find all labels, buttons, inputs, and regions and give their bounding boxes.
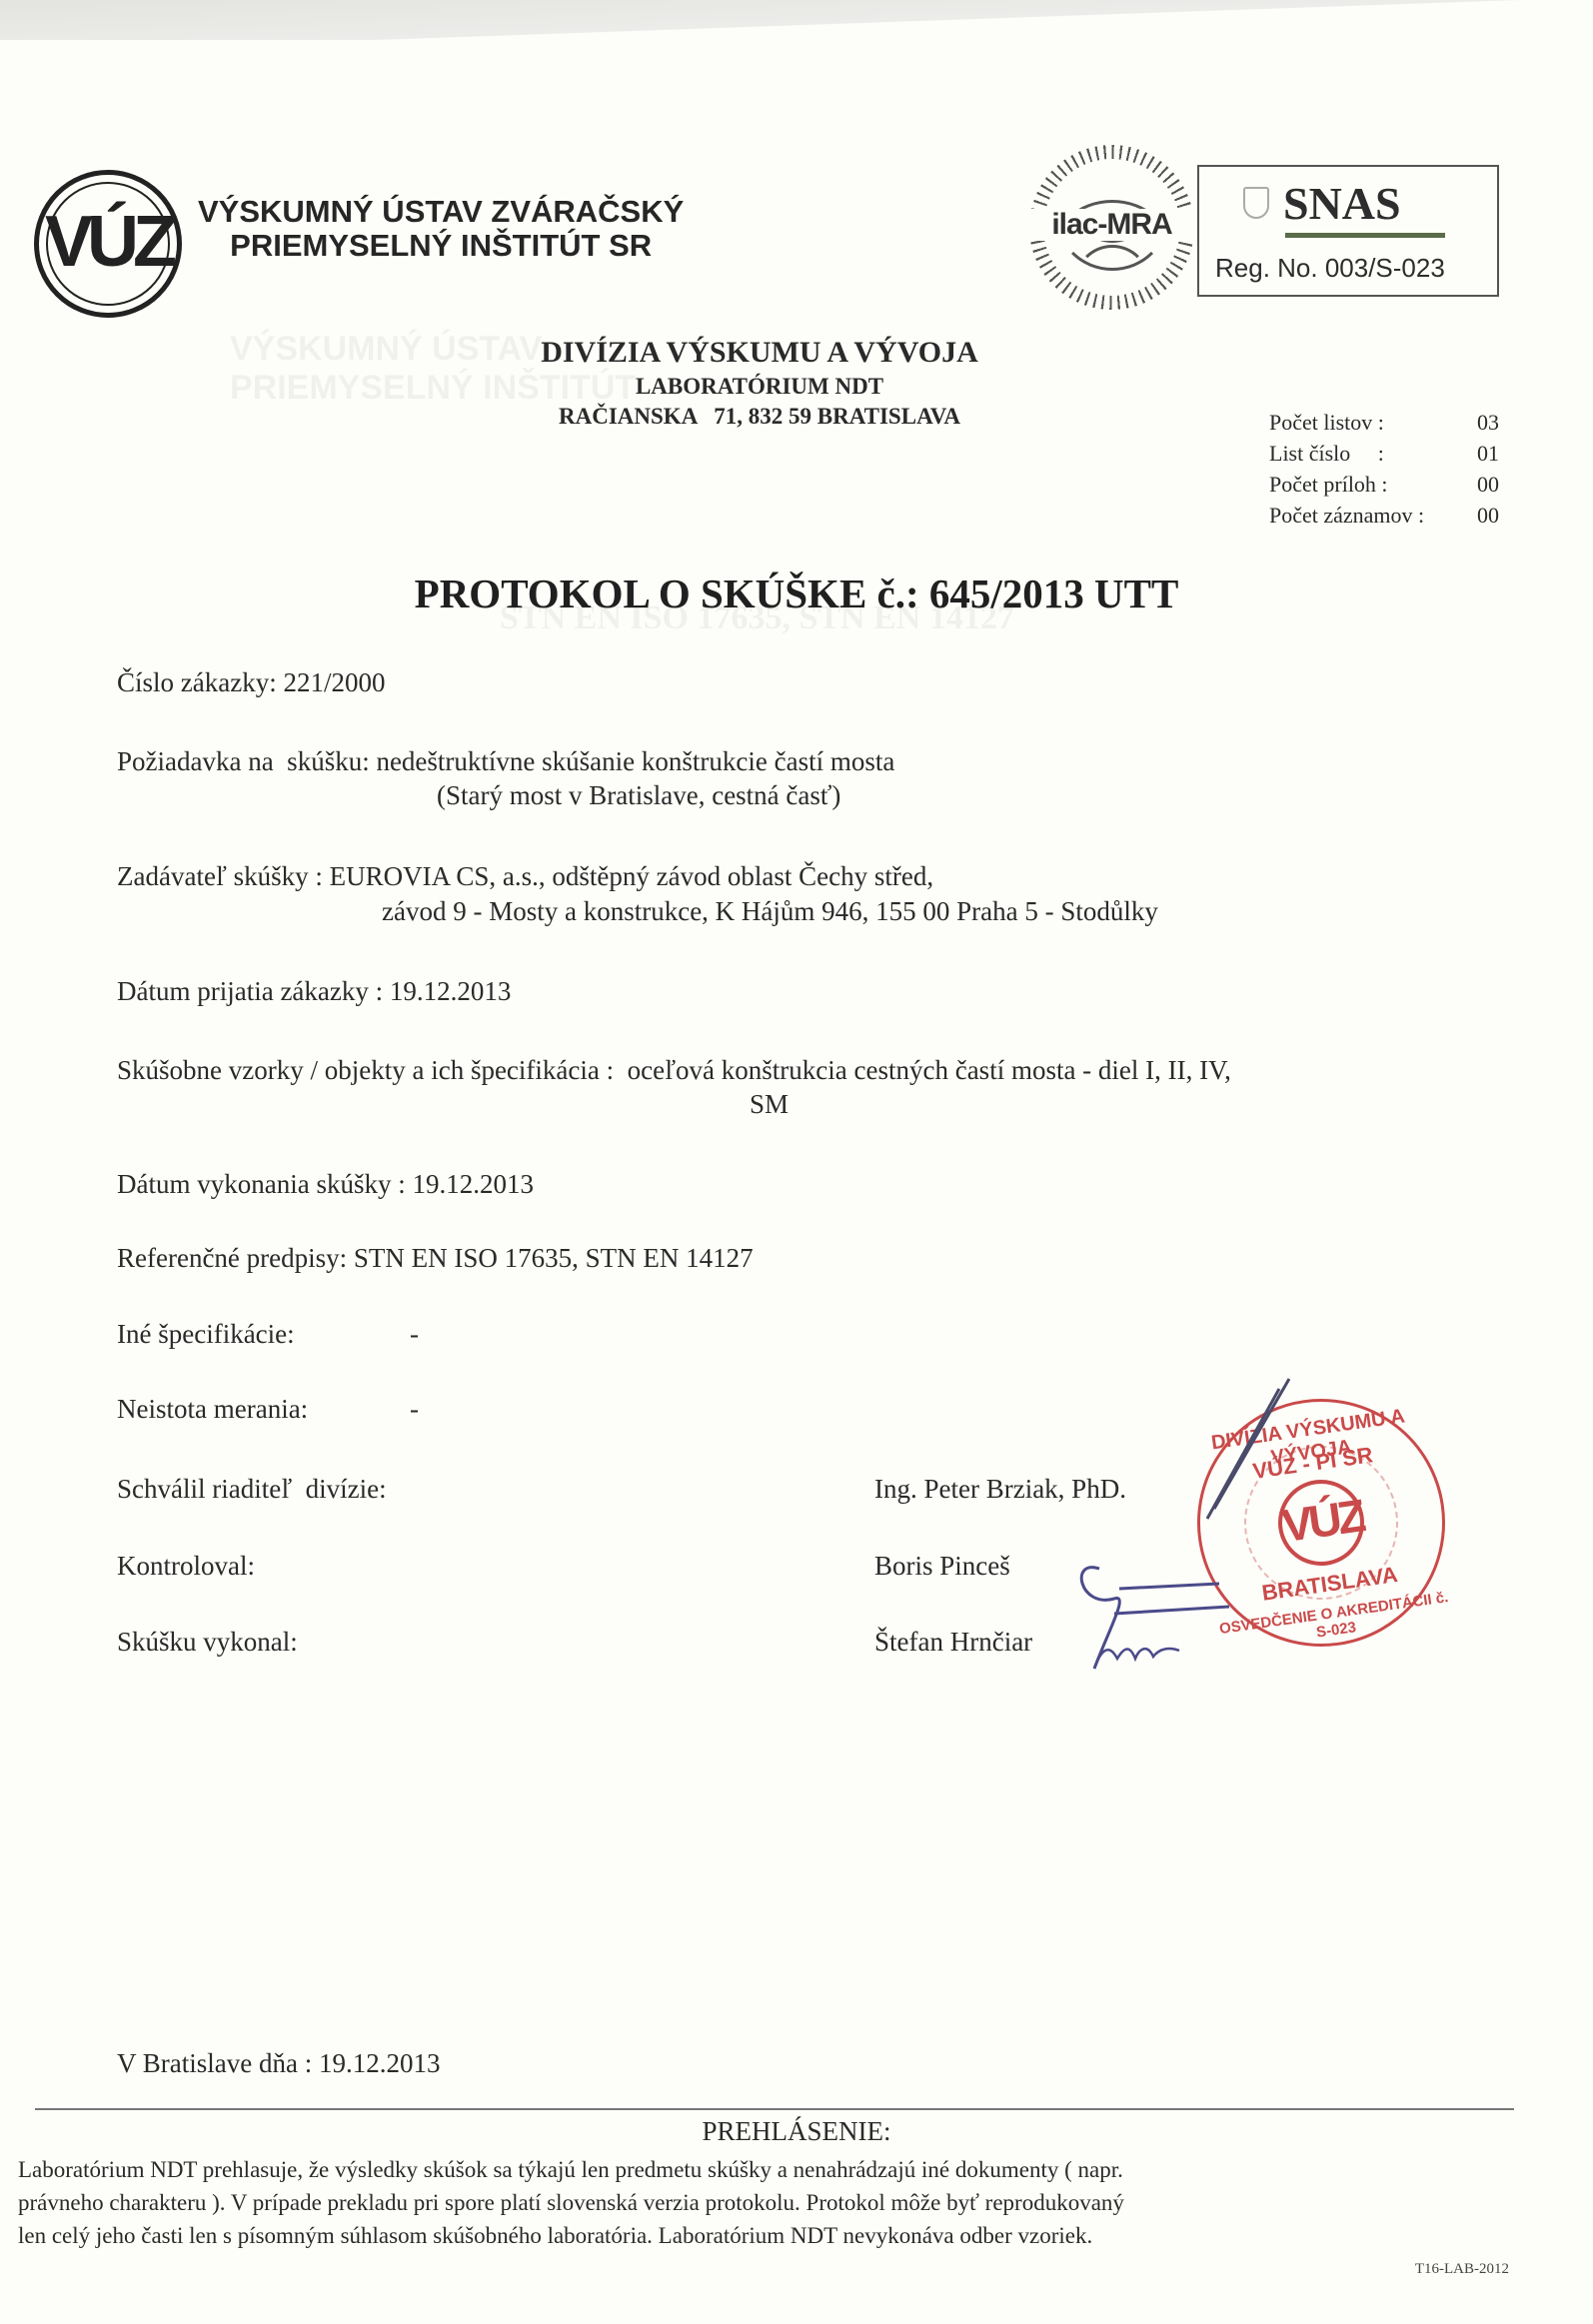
snas-registration-number: Reg. No. 003/S-023 <box>1215 253 1445 284</box>
vuz-logo: VÚZ <box>34 170 182 318</box>
declaration-line: Laboratórium NDT prehlasuje, že výsledky… <box>18 2153 1517 2186</box>
signature-name-performed: Štefan Hrnčiar <box>874 1627 1032 1658</box>
laboratory-name: LABORATÓRIUM NDT <box>450 374 1069 400</box>
slovak-shield-icon <box>1243 187 1269 219</box>
signature-label-performed: Skúšku vykonal: <box>117 1627 298 1658</box>
signature-name-checked: Boris Pinceš <box>874 1551 1010 1582</box>
institute-name-line2: PRIEMYSELNÝ INŠTITÚT SR <box>198 229 684 263</box>
sheet-info-row: Počet príloh :00 <box>1269 469 1499 500</box>
declaration-title: PREHLÁSENIE: <box>0 2116 1593 2147</box>
sheet-info-row: List číslo :01 <box>1269 438 1499 469</box>
test-request: Požiadavka na skúšku: nedeštruktívne skú… <box>117 746 894 777</box>
form-code: T16-LAB-2012 <box>1415 2261 1509 2278</box>
sheet-info-label: Počet listov : <box>1269 407 1384 438</box>
uncertainty-value: - <box>410 1394 419 1425</box>
client: Zadávateľ skúšky : EUROVIA CS, a.s., odš… <box>117 861 933 892</box>
signature-label-approved: Schválil riaditeľ divízie: <box>117 1474 387 1505</box>
institute-name: VÝSKUMNÝ ÚSTAV ZVÁRAČSKÝ PRIEMYSELNÝ INŠ… <box>198 195 684 263</box>
sheet-info-label: Počet záznamov : <box>1269 500 1424 531</box>
snas-title: SNAS <box>1283 179 1401 229</box>
divider <box>35 2108 1514 2110</box>
institute-name-line1: VÝSKUMNÝ ÚSTAV ZVÁRAČSKÝ <box>198 195 684 229</box>
signature-name-approved: Ing. Peter Brziak, PhD. <box>874 1474 1126 1505</box>
test-date: Dátum vykonania skúšky : 19.12.2013 <box>117 1169 534 1200</box>
snas-accreditation-box: SNAS Reg. No. 003/S-023 <box>1197 165 1499 297</box>
order-number: Číslo zákazky: 221/2000 <box>117 667 385 698</box>
sheet-info-value: 03 <box>1477 407 1499 438</box>
place-and-date: V Bratislave dňa : 19.12.2013 <box>117 2048 440 2079</box>
client-address: závod 9 - Mosty a konstrukce, K Hájům 94… <box>382 896 1158 927</box>
snas-underline <box>1285 233 1445 238</box>
sheet-info: Počet listov :03 List číslo :01 Počet pr… <box>1269 407 1499 531</box>
sheet-info-label: Počet príloh : <box>1269 469 1388 500</box>
uncertainty-label: Neistota merania: <box>117 1394 308 1425</box>
ilac-mra-label: ilac-MRA <box>1025 209 1198 241</box>
vuz-logo-letters: VÚZ <box>39 201 177 283</box>
sheet-info-value: 00 <box>1477 500 1499 531</box>
sheet-info-label: List číslo : <box>1269 438 1384 469</box>
sheet-info-row: Počet listov :03 <box>1269 407 1499 438</box>
scan-edge-shadow <box>0 0 1593 40</box>
sheet-info-row: Počet záznamov :00 <box>1269 500 1499 531</box>
reference-standards: Referenčné predpisy: STN EN ISO 17635, S… <box>117 1243 754 1274</box>
official-stamp: DIVÍZIA VÝSKUMU A VÝVOJA VÚZ - PI SR VÚZ… <box>1181 1383 1461 1663</box>
other-specs-label: Iné špecifikácie: <box>117 1319 295 1350</box>
signature-label-checked: Kontroloval: <box>117 1551 255 1582</box>
declaration-line: len celý jeho časti len s písomným súhla… <box>18 2219 1517 2252</box>
declaration-text: Laboratórium NDT prehlasuje, že výsledky… <box>18 2153 1517 2252</box>
ilac-mra-logo: ilac-MRA <box>1029 145 1194 310</box>
test-samples: Skúšobne vzorky / objekty a ich špecifik… <box>117 1055 1231 1086</box>
sheet-info-value: 00 <box>1477 469 1499 500</box>
stamp-center-letters: VÚZ <box>1278 1489 1363 1553</box>
laboratory-address: RAČIANSKA 71, 832 59 BRATISLAVA <box>450 404 1069 430</box>
declaration-line: právneho charakteru ). V prípade preklad… <box>18 2186 1517 2219</box>
protocol-title: PROTOKOL O SKÚŠKE č.: 645/2013 UTT <box>0 570 1593 617</box>
division-name: DIVÍZIA VÝSKUMU A VÝVOJA <box>450 336 1069 370</box>
test-request-detail: (Starý most v Bratislave, cestná časť) <box>437 780 840 811</box>
order-date: Dátum prijatia zákazky : 19.12.2013 <box>117 976 511 1007</box>
sheet-info-value: 01 <box>1477 438 1499 469</box>
test-samples-cont: SM <box>750 1089 789 1120</box>
other-specs-value: - <box>410 1319 419 1350</box>
